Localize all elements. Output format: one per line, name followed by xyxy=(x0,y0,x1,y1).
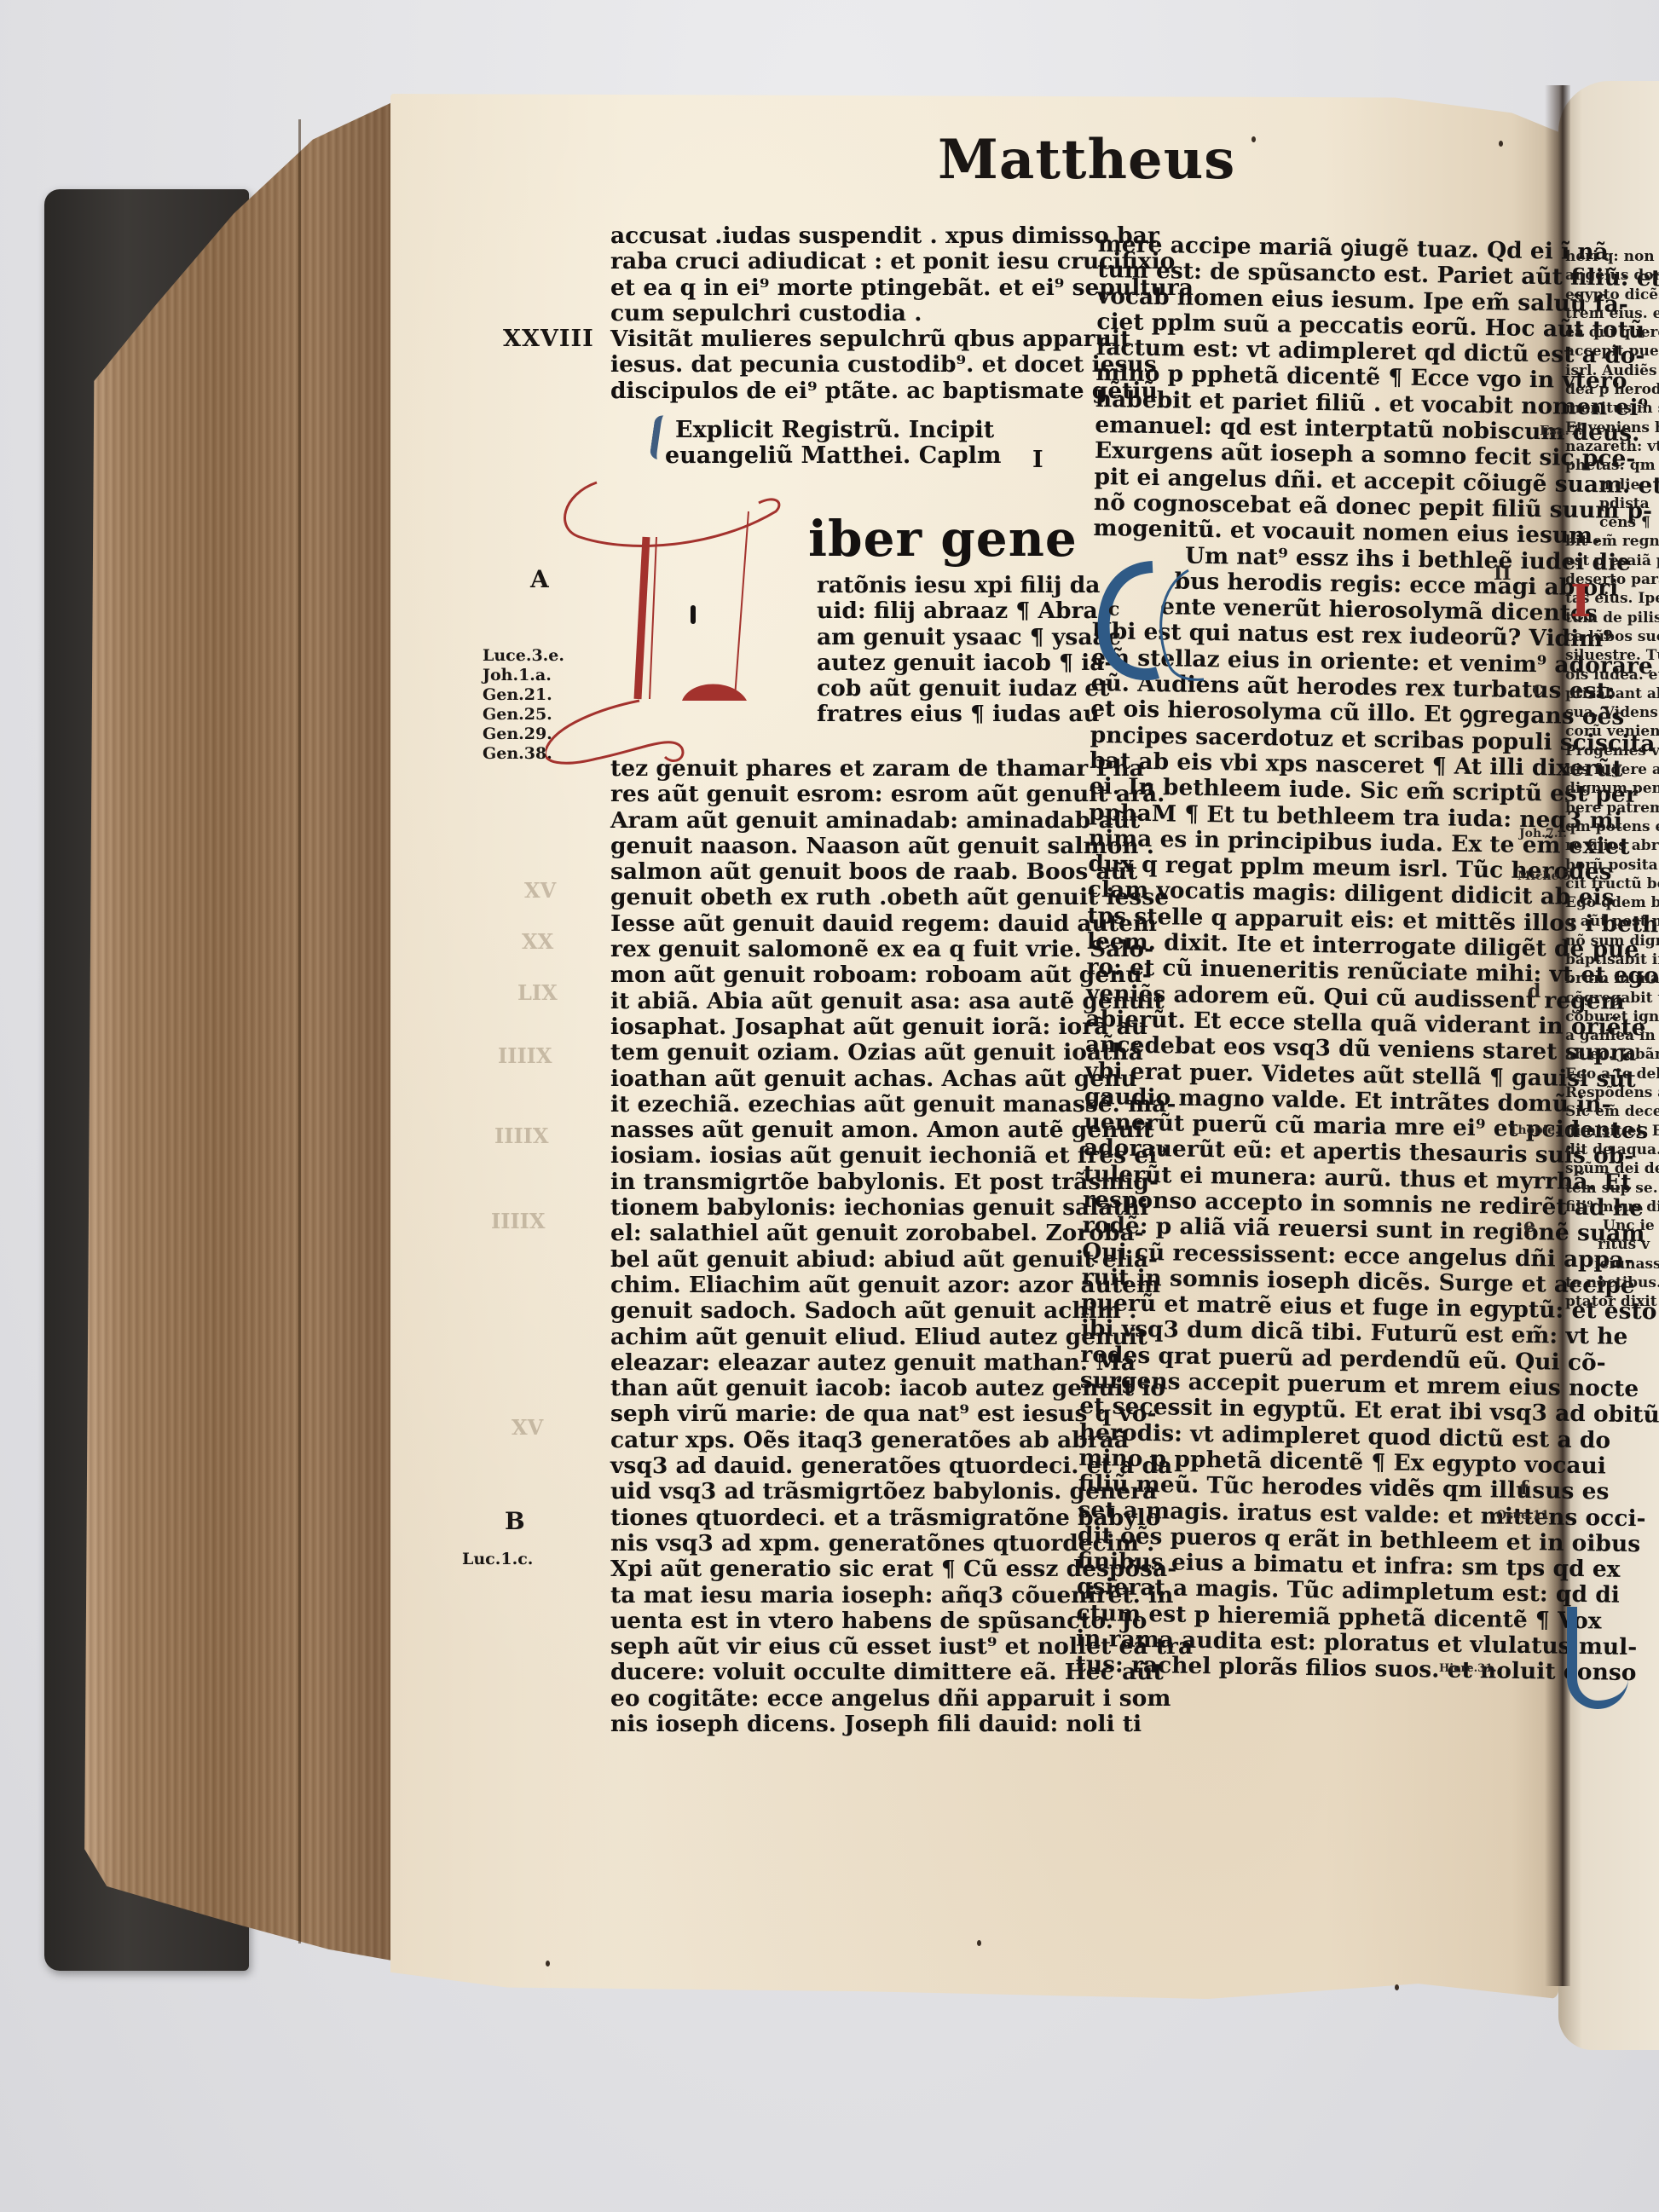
paper-speck xyxy=(546,1961,550,1967)
text-line: ois iudea. et om xyxy=(1565,666,1659,684)
blue-initial-c-icon xyxy=(1093,560,1212,688)
text-line: re filios abrae. xyxy=(1565,836,1659,855)
text-line: monitus in so xyxy=(1565,399,1659,418)
chapter-two-number: II xyxy=(1494,563,1512,585)
text-line: ca lũbos suos. xyxy=(1565,627,1659,646)
margin-ref: Joh.7.f. xyxy=(1519,827,1567,840)
text-line: cob aũt genuit iudaz et xyxy=(817,676,1121,702)
text-line: ptator dixit ei. xyxy=(1565,1292,1659,1311)
text-line: cens ¶ xyxy=(1565,513,1659,532)
paper-speck xyxy=(1395,1984,1399,1990)
text-line: Unc ie xyxy=(1565,1216,1659,1235)
text-line: Progenies vi xyxy=(1565,742,1659,760)
incipit-heading: Explicit Registrũ. Incipit euangeliũ Mat… xyxy=(665,418,1001,469)
paper-speck xyxy=(1251,136,1256,142)
text-line: Ego a te debeo xyxy=(1565,1065,1659,1083)
text-line: sua. Videns aũ xyxy=(1565,703,1659,722)
show-through-numeral: IIIIX xyxy=(494,1123,549,1148)
show-through-numeral: XX xyxy=(522,929,553,954)
text-line: pdista xyxy=(1565,494,1659,513)
text-line: heri q: non s xyxy=(1565,247,1659,266)
text-line: bere patrem ha xyxy=(1565,799,1659,817)
text-line: bis fugere a vẽ xyxy=(1565,760,1659,779)
text-line: brum in manu s xyxy=(1565,969,1659,988)
text-line: dea p herode xyxy=(1565,380,1659,399)
paper-speck xyxy=(1499,141,1503,147)
text-line: Ego qdem ba xyxy=(1565,893,1659,912)
chapter1-intro-text: ratõnis iesu xpi filij da uid: filij abr… xyxy=(817,573,1121,728)
text-line: ratõnis iesu xpi filij da xyxy=(817,573,1121,598)
show-through-numeral: XV xyxy=(524,878,556,903)
chapter-number-margin: XXVIII xyxy=(503,326,594,352)
text-line: Respõdens aũ xyxy=(1565,1083,1659,1102)
paper-speck xyxy=(977,1940,981,1946)
text-line: nazareth: vt a xyxy=(1565,437,1659,456)
facing-page-text: heri q: non s angelus dom egypto dicẽs t… xyxy=(1565,247,1659,1312)
chapter-one-number: I xyxy=(1032,447,1043,473)
page-block-crease xyxy=(298,119,301,1943)
show-through-numeral: XV xyxy=(512,1415,543,1440)
text-line: Sic em̃ decet no xyxy=(1565,1102,1659,1121)
text-line: qm potens est d xyxy=(1565,817,1659,836)
text-line: cõburet igni ine xyxy=(1565,1008,1659,1026)
red-initial-l-icon xyxy=(546,477,801,767)
running-head: Mattheus xyxy=(938,128,1235,192)
incipit-line: Explicit Registrũ. Incipit xyxy=(665,418,1001,443)
text-line: cit fructũ bonu xyxy=(1565,875,1659,893)
text-line: ab eo. Jobãnes xyxy=(1565,1045,1659,1064)
text-line: phetas: qm n xyxy=(1565,456,1659,475)
text-line: a galilea in iord xyxy=(1565,1026,1659,1045)
text-line: autez genuit iacob ¶ ia- xyxy=(817,650,1121,676)
section-letter: d xyxy=(1528,980,1540,1002)
facing-red-initial-i: I xyxy=(1570,575,1591,627)
facing-blue-initial-t-icon xyxy=(1567,1607,1628,1709)
text-line: corũ venientes xyxy=(1565,722,1659,741)
text-line: uid: filij abraaz ¶ Abra xyxy=(817,598,1121,624)
section-letter: f xyxy=(1520,1477,1528,1499)
text-line: egypto dicẽs xyxy=(1565,286,1659,304)
text-line: eã qui quere xyxy=(1565,323,1659,342)
text-line: baptisabit in sp xyxy=(1565,950,1659,969)
text-line: siluestre. Tũc e xyxy=(1565,646,1659,665)
text-line: fratres eius ¶ iudas au xyxy=(817,702,1121,727)
fore-edge-page-block xyxy=(75,102,392,1961)
text-line: spũm dei descer xyxy=(1565,1159,1659,1178)
text-line: est p esaiã ppb xyxy=(1565,552,1659,570)
show-through-numeral: IIIIX xyxy=(498,1043,552,1068)
text-line: am genuit ysaac ¶ ysaac xyxy=(817,625,1121,650)
text-line: ta noctibus. po xyxy=(1565,1273,1659,1292)
text-line: ritus v xyxy=(1565,1235,1659,1254)
section-letter: c xyxy=(1532,678,1543,700)
text-line: dignum penitẽ xyxy=(1565,779,1659,798)
text-line: q aũt post me v xyxy=(1565,912,1659,931)
show-through-numeral: LIX xyxy=(517,980,558,1005)
section-letter-b: B xyxy=(505,1507,525,1535)
text-line: fili⁹ meus dilec xyxy=(1565,1198,1659,1216)
margin-ref: Thobie. xyxy=(1509,1123,1559,1137)
text-line: borũ posita est xyxy=(1565,856,1659,875)
text-line: nis ioseph dicens. Joseph fili dauid: no… xyxy=(610,1712,1193,1737)
text-line: Et veniens h xyxy=(1565,419,1659,437)
text-line: ptizabant ab eo xyxy=(1565,684,1659,703)
text-line: bit em̃ regnũ c xyxy=(1565,532,1659,551)
cross-ref-bottom: Luc.1.c. xyxy=(462,1550,533,1568)
text-line: nõ sum dignus c xyxy=(1565,932,1659,950)
guide-letter-c: c xyxy=(1108,598,1119,621)
incipit-line: euangeliũ Matthei. Caplm xyxy=(665,443,1001,469)
text-line: dit de aqua. Et xyxy=(1565,1141,1659,1159)
section-letter: e xyxy=(1523,1215,1535,1237)
text-line: cõgregabit triti xyxy=(1565,989,1659,1008)
chapter1-opening-words: iber gene xyxy=(808,510,1078,568)
text-line: ieiunass xyxy=(1565,1255,1659,1273)
text-line: eo cogitãte: ecce angelus dñi apparuit i… xyxy=(610,1686,1193,1712)
margin-ref: Osee.11. xyxy=(1496,1509,1553,1522)
text-line: accepit pueru xyxy=(1565,342,1659,361)
text-line: tem sup se. Et e xyxy=(1565,1179,1659,1198)
show-through-numeral: IIIIX xyxy=(491,1209,546,1233)
text-line: n die xyxy=(1565,476,1659,494)
margin-ref: Hiere.31. xyxy=(1439,1662,1497,1675)
text-line: isrl. Audiẽs a xyxy=(1565,361,1659,380)
text-line: trem eius. et v xyxy=(1565,304,1659,323)
text-line: dimisit ei. Bap xyxy=(1565,1122,1659,1141)
text-line: angelus dom xyxy=(1565,266,1659,285)
